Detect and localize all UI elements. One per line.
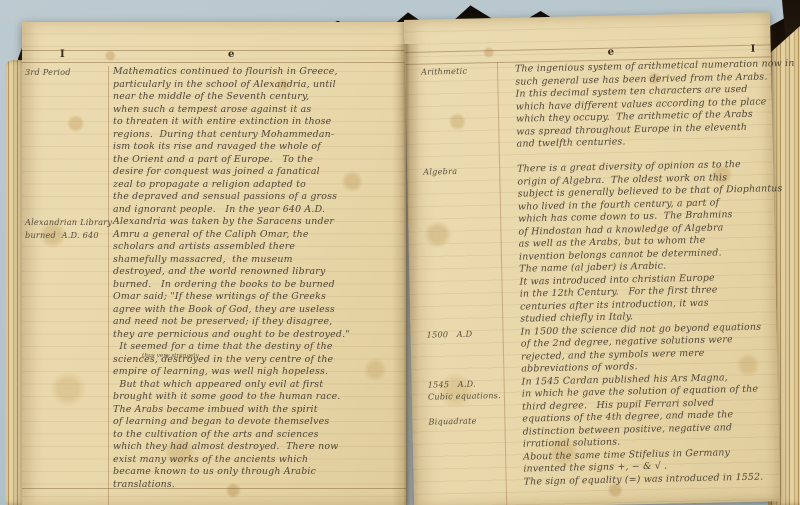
manuscript-line: brought with it some good to the human r… <box>22 391 402 404</box>
manuscript-line: the depraved and sensual passions of a g… <box>22 191 402 204</box>
header-rule-top <box>22 50 406 51</box>
handwritten-text: empire of learning, was well nigh hopele… <box>113 366 402 379</box>
manuscript-line: Omar said; "If these writings of the Gre… <box>22 291 402 304</box>
manuscript-line: ism took its rise and ravaged the whole … <box>22 141 402 154</box>
manuscript-line: and ignorant people. In the year 640 A.D… <box>22 204 402 217</box>
handwritten-text: of learning and began to devote themselv… <box>113 416 402 429</box>
handwritten-text: to threaten it with entire extinction in… <box>113 116 402 129</box>
manuscript-line: to threaten it with entire extinction in… <box>22 116 402 129</box>
handwritten-text: exist many works of the ancients which <box>113 454 402 467</box>
handwritten-text: the Orient and a part of Europe. To the <box>113 154 402 167</box>
handwritten-text: agree with the Book of God, they are use… <box>113 304 402 317</box>
manuscript-line: destroyed, and the world renowned librar… <box>22 266 402 279</box>
interlinear-insertion: thus very strangely <box>142 350 199 363</box>
handwritten-text: desire for conquest was joined a fanatic… <box>113 166 402 179</box>
left-page: I e 3rd Period Mathematics continued to … <box>22 22 406 505</box>
header-rule-bottom <box>22 62 406 63</box>
handwritten-text: regions. During that century Mohammedan- <box>113 129 402 142</box>
handwritten-text: scholars and artists assembled there <box>113 241 402 254</box>
margin-note: 3rd Period <box>22 66 113 79</box>
column-letter: e <box>608 47 615 58</box>
handwritten-text: zeal to propagate a religion adapted to <box>113 179 402 192</box>
column-letter: e <box>228 49 234 60</box>
handwritten-text: the depraved and sensual passions of a g… <box>113 191 402 204</box>
manuscript-line: they are pernicious and ought to be dest… <box>22 329 402 342</box>
manuscript-line: when such a tempest arose against it as <box>22 104 402 117</box>
manuscript-line: translations. <box>22 479 402 492</box>
manuscript-line: the Orient and a part of Europe. To the <box>22 154 402 167</box>
handwritten-text: burned. In ordering the books to be burn… <box>113 279 402 292</box>
handwritten-text: particularly in the school of Alexandria… <box>113 79 402 92</box>
right-page: e I Arithmetic The ingenious system of a… <box>404 12 780 505</box>
book-gutter-shadow <box>392 44 420 505</box>
handwritten-text: they are pernicious and ought to be dest… <box>113 329 402 342</box>
manuscript-line: burned A.D. 640 Amru a general of the Ca… <box>22 229 402 242</box>
handwritten-text: The Arabs became imbued with the spirit <box>113 404 402 417</box>
handwritten-text: became known to us only through Arabic <box>113 466 402 479</box>
handwritten-text: ism took its rise and ravaged the whole … <box>113 141 402 154</box>
manuscript-line: particularly in the school of Alexandria… <box>22 79 402 92</box>
manuscript-line: The Arabs became imbued with the spirit <box>22 404 402 417</box>
manuscript-line: which they had almost destroyed. There n… <box>22 441 402 454</box>
handwritten-text: shamefully massacred, the museum <box>113 254 402 267</box>
manuscript-line: shamefully massacred, the museum <box>22 254 402 267</box>
right-page-body: Arithmetic The ingenious system of arith… <box>405 58 776 490</box>
handwritten-text: Omar said; "If these writings of the Gre… <box>113 291 402 304</box>
handwritten-text: Amru a general of the Caliph Omar, the <box>113 229 402 242</box>
handwritten-text: But that which appeared only evil at fir… <box>113 379 402 392</box>
handwritten-text: Mathematics continued to flourish in Gre… <box>113 66 402 79</box>
margin-note: Alexandrian Library <box>22 216 113 229</box>
left-page-body: 3rd Period Mathematics continued to flou… <box>22 66 402 491</box>
manuscript-line: But that which appeared only evil at fir… <box>22 379 402 392</box>
margin-note: burned A.D. 640 <box>22 229 113 242</box>
handwritten-text: brought with it some good to the human r… <box>113 391 402 404</box>
handwritten-text: to the cultivation of the arts and scien… <box>113 429 402 442</box>
manuscript-line: scholars and artists assembled there <box>22 241 402 254</box>
manuscript-line: desire for conquest was joined a fanatic… <box>22 166 402 179</box>
manuscript-line: and need not be preserved; if they disag… <box>22 316 402 329</box>
manuscript-line: near the middle of the Seventh century, <box>22 91 402 104</box>
manuscript-line: Alexandrian Library Alexandria was taken… <box>22 216 402 229</box>
handwritten-text: and ignorant people. In the year 640 A.D… <box>113 204 402 217</box>
manuscript-line: exist many works of the ancients which <box>22 454 402 467</box>
header-rule-top <box>405 44 771 53</box>
manuscript-line: empire of learning, was well nigh hopele… <box>22 366 402 379</box>
handwritten-text: which they had almost destroyed. There n… <box>113 441 402 454</box>
manuscript-line: of learning and began to devote themselv… <box>22 416 402 429</box>
manuscript-line: zeal to propagate a religion adapted to <box>22 179 402 192</box>
manuscript-line: regions. During that century Mohammedan- <box>22 129 402 142</box>
manuscript-line: agree with the Book of God, they are use… <box>22 304 402 317</box>
handwritten-text: Alexandria was taken by the Saracens und… <box>113 216 402 229</box>
handwritten-text: near the middle of the Seventh century, <box>113 91 402 104</box>
manuscript-line: became known to us only through Arabic <box>22 466 402 479</box>
book-photo: I e 3rd Period Mathematics continued to … <box>0 0 800 505</box>
manuscript-line: It seemed for a time that the destiny of… <box>22 341 402 354</box>
manuscript-line: burned. In ordering the books to be burn… <box>22 279 402 292</box>
handwritten-text: destroyed, and the world renowned librar… <box>113 266 402 279</box>
manuscript-line: to the cultivation of the arts and scien… <box>22 429 402 442</box>
column-letter: I <box>60 49 65 60</box>
manuscript-line: 3rd Period Mathematics continued to flou… <box>22 66 402 79</box>
handwritten-text: and need not be preserved; if they disag… <box>113 316 402 329</box>
handwritten-text: when such a tempest arose against it as <box>113 104 402 117</box>
column-letter: I <box>751 44 756 55</box>
handwritten-text: translations. <box>113 479 402 492</box>
manuscript-line: sciences, destroyed in the very centre o… <box>22 354 402 367</box>
